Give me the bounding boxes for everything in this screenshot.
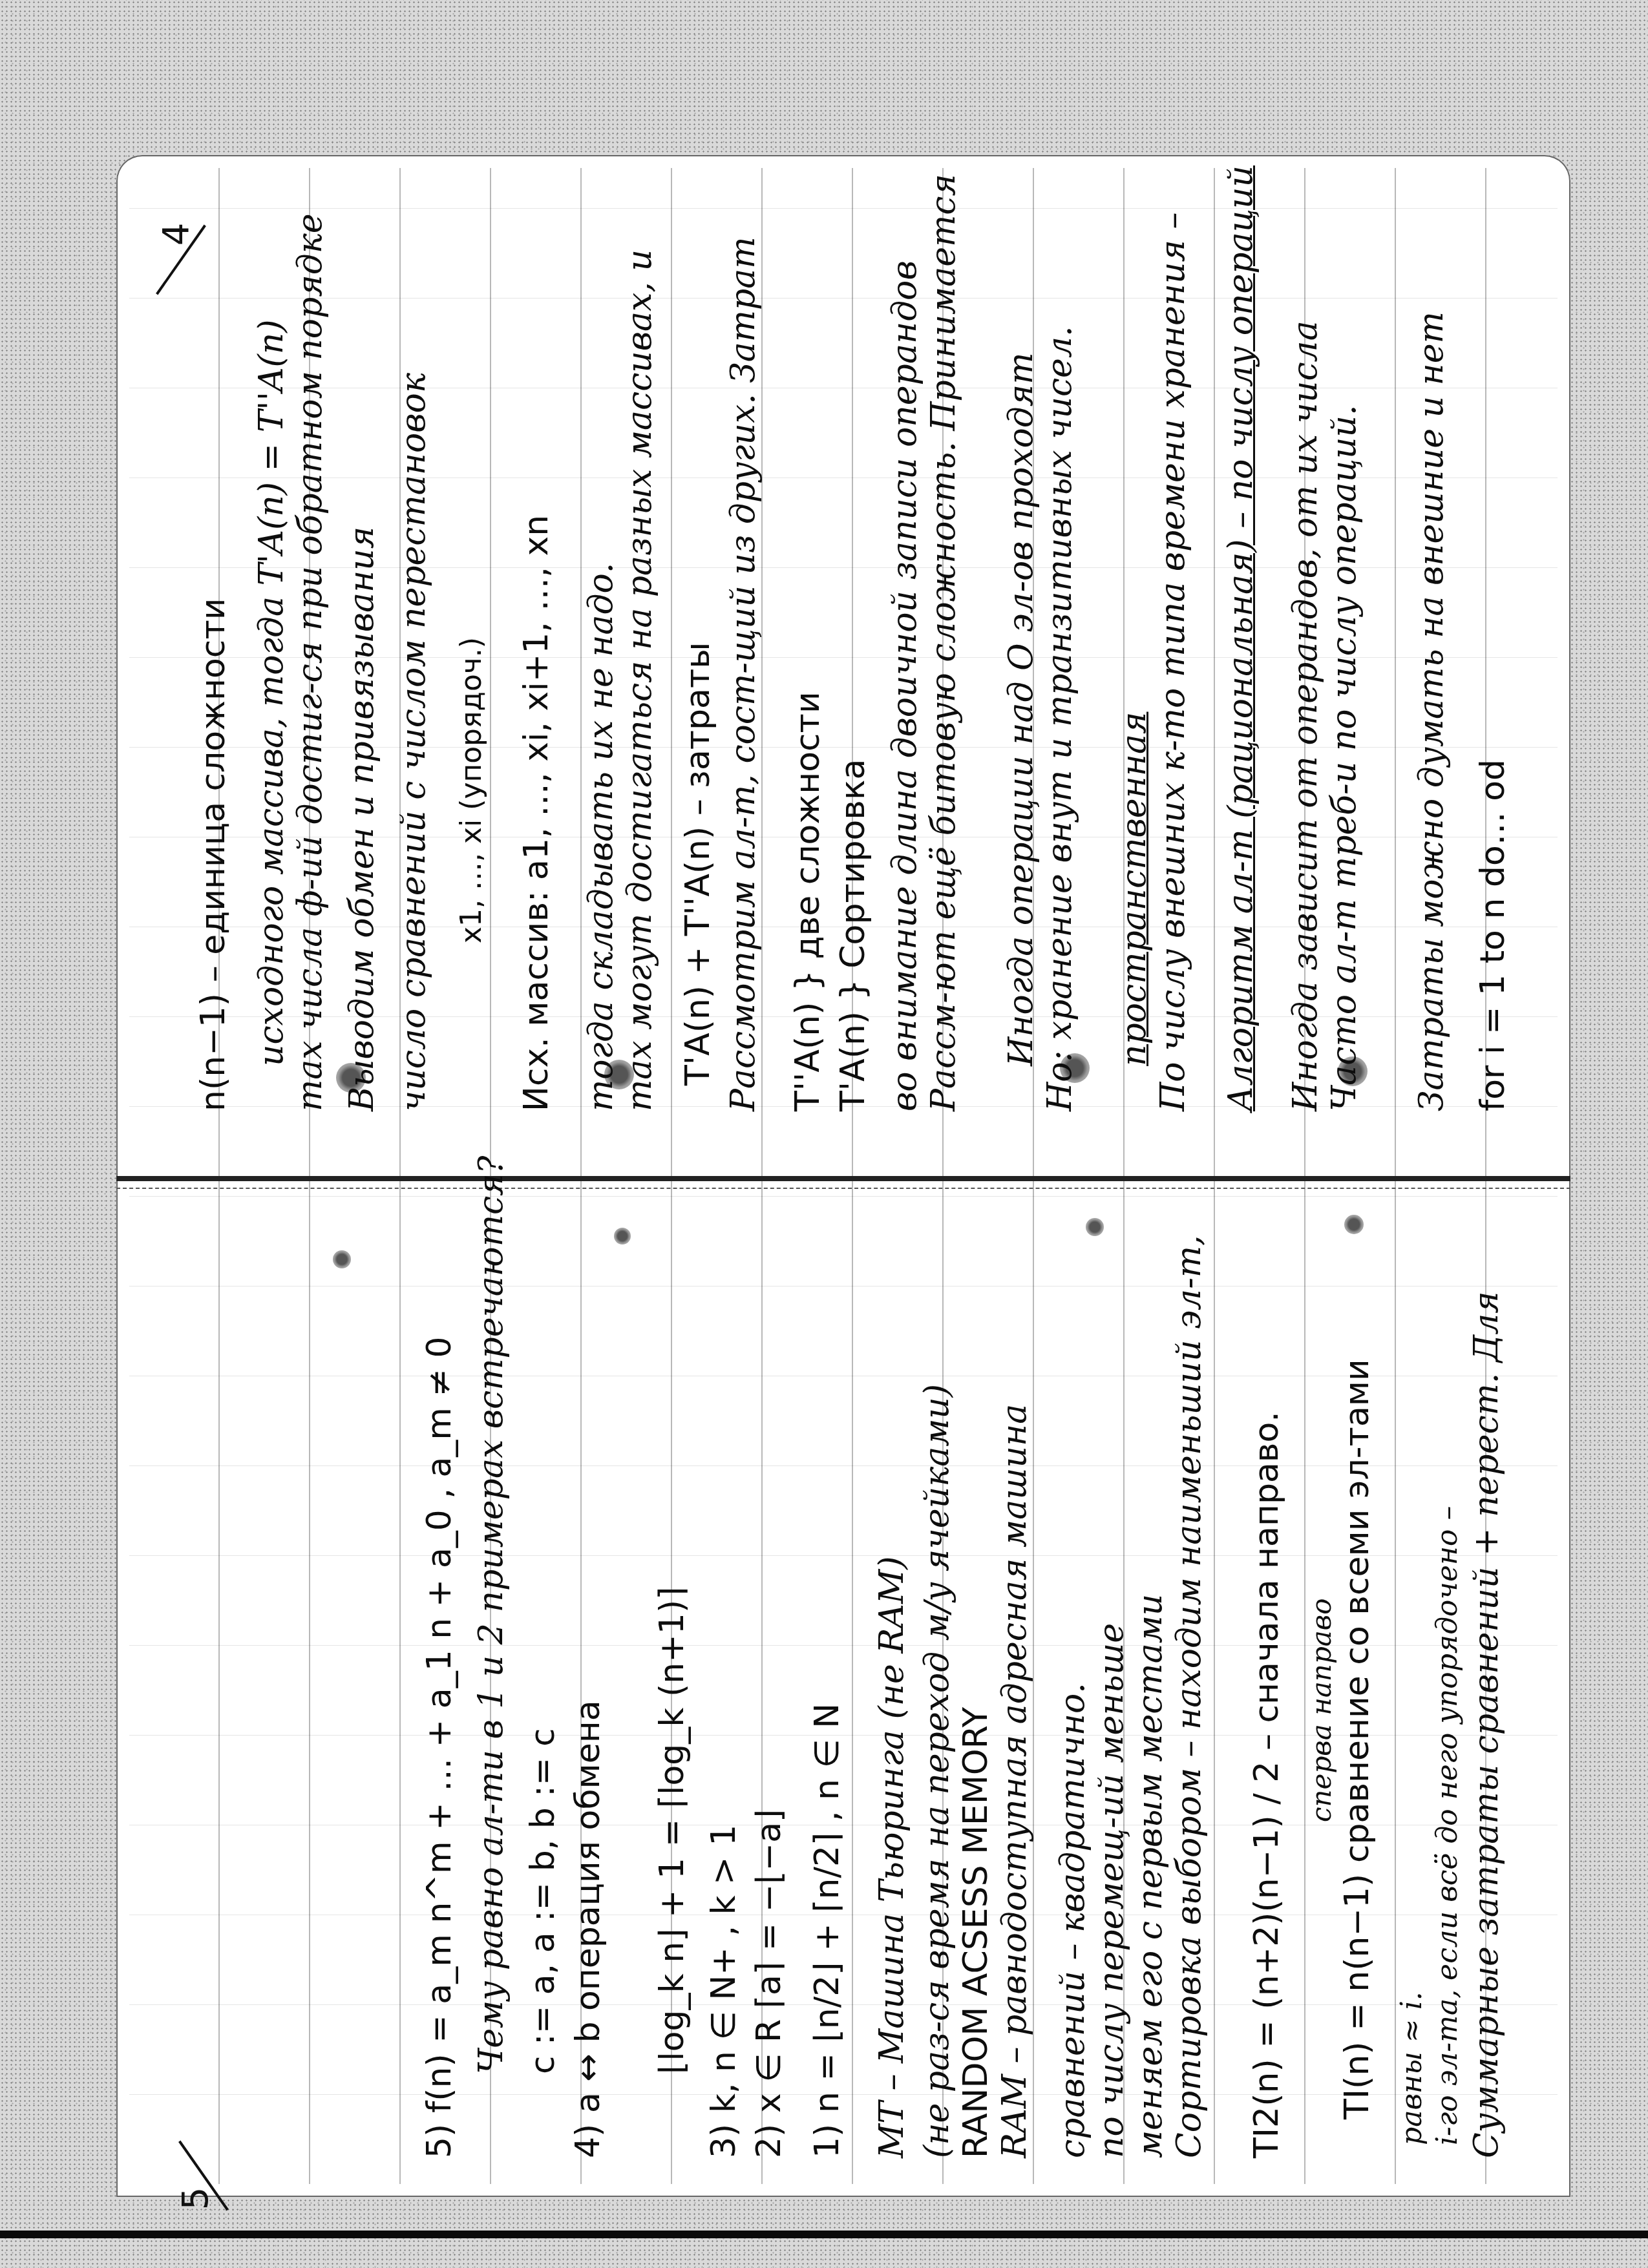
- formula-line: x1, …, xi (упорядоч.): [452, 637, 491, 943]
- text-line: RAM – равнодоступная адресная машина: [995, 1404, 1034, 2158]
- formula-line: T''A(n) } две сложности: [788, 691, 827, 1111]
- scan-border: [0, 2231, 1648, 2238]
- text-line: Рассм-ют ещё битовую сложность. Принимае…: [924, 174, 963, 1111]
- text-line: max числа ф-ий достиг-ся при обратном по…: [291, 213, 330, 1111]
- text-line: Иногда операции над О эл-ов проходят: [1002, 352, 1041, 1066]
- text-line: Чему равно ал-ти в 1 и 2 примерах встреч…: [472, 1156, 511, 2074]
- formula-line: T'A(n) + T''A(n) – затраты: [679, 642, 717, 1086]
- text-line: сперва направо: [1302, 1598, 1341, 1822]
- text-line: Сортировка выбором – находим наименьший …: [1170, 1235, 1209, 2158]
- right-page: Суммарные затраты сравнений + перест. Дл…: [149, 1228, 1519, 2184]
- text-line: for i = 1 to n do… od: [1474, 759, 1512, 1111]
- formula-line: c := a, a := b, b := c: [523, 1728, 562, 2075]
- text-line: Выводим обмен и привязывания: [343, 527, 381, 1111]
- formula-line: ⌊log_k n⌋ + 1 = ⌈log_k (n+1)⌉: [653, 1587, 692, 2074]
- text-line: сравнений – квадратично.: [1053, 1683, 1092, 2158]
- formula-line: TI2(n) = (n+2)(n−1) / 2 – сначала направ…: [1247, 1411, 1286, 2158]
- formula-line: 3) k, n ∈ N+ , k > 1: [704, 1825, 743, 2158]
- text-line: i-го эл-та, если всё до него упорядочено…: [1428, 1506, 1467, 2145]
- formula-line: 2) x ∈ R ⌈a⌉ = −⌊−a⌋: [750, 1809, 788, 2158]
- text-line: по числу перемещ-ий меньше: [1092, 1623, 1131, 2158]
- text-line: равны ≈ i.: [1393, 1991, 1431, 2145]
- text-line: во внимание длина двоичной записи операн…: [885, 260, 924, 1111]
- formula-line: 1) n = ⌊n/2⌋ + ⌈n/2⌉ , n ∈ N: [808, 1703, 847, 2158]
- text-line: Иногда зависит от операндов, от их числа: [1286, 320, 1325, 1111]
- text-line: MT – Машина Тьюринга (не RAM): [872, 1557, 911, 2158]
- text-line: Но: хранение внут и транзитивных чисел.: [1041, 326, 1079, 1111]
- text-line: число сравнений с числом перестановок: [394, 373, 433, 1111]
- formula-line: TI(n) = n(n−1) сравнение со всеми эл-там…: [1338, 1359, 1377, 2119]
- formula-line: n(n−1) – единица сложности: [194, 598, 233, 1112]
- text-line: Часто ал-т треб-и по числу операций.: [1325, 405, 1364, 1111]
- text-line: тогда складывать их не надо.: [582, 563, 620, 1111]
- left-page: for i = 1 to n do… od Затраты можно дума…: [149, 194, 1519, 1137]
- formula-line: 5) f(n) = a_m n^m + … + a_1 n + a_0 , a_…: [420, 1336, 459, 2158]
- text-line: max могут достигаться на разных массивах…: [620, 249, 659, 1111]
- text-line: Рассмотрим ал-т, сост-щий из других. Зат…: [724, 236, 763, 1111]
- text-line: Затраты можно думать на внешние и нет: [1412, 311, 1451, 1111]
- page-number-right: 5: [174, 2187, 217, 2210]
- text-line: По числу внешних к-то типа времени хране…: [1154, 212, 1192, 1111]
- page-divider-dashed: [116, 1188, 1570, 1190]
- formula-line: Исх. массив: a1, …, xi, xi+1, …, xn: [517, 515, 556, 1111]
- text-line: меняем его с первым местами: [1131, 1594, 1170, 2158]
- formula-line: 4) a ↔ b операция обмена: [569, 1700, 607, 2158]
- page-divider: [116, 1176, 1570, 1181]
- text-line: Суммарные затраты сравнений + перест. Дл…: [1467, 1291, 1506, 2158]
- text-line: Алгоритм ал-т (рациональная) – по числу …: [1221, 165, 1260, 1111]
- text-line: RANDOM ACSESS MEMORY: [956, 1707, 995, 2158]
- text-line: пространственная: [1115, 712, 1154, 1066]
- text-line: исходного массива, тогда T'A(n) = T''A(n…: [252, 319, 291, 1066]
- text-line: (не раз-ся время на переход м/у ячейками…: [918, 1384, 956, 2158]
- formula-line: T'A(n) } Сортировка: [834, 759, 872, 1111]
